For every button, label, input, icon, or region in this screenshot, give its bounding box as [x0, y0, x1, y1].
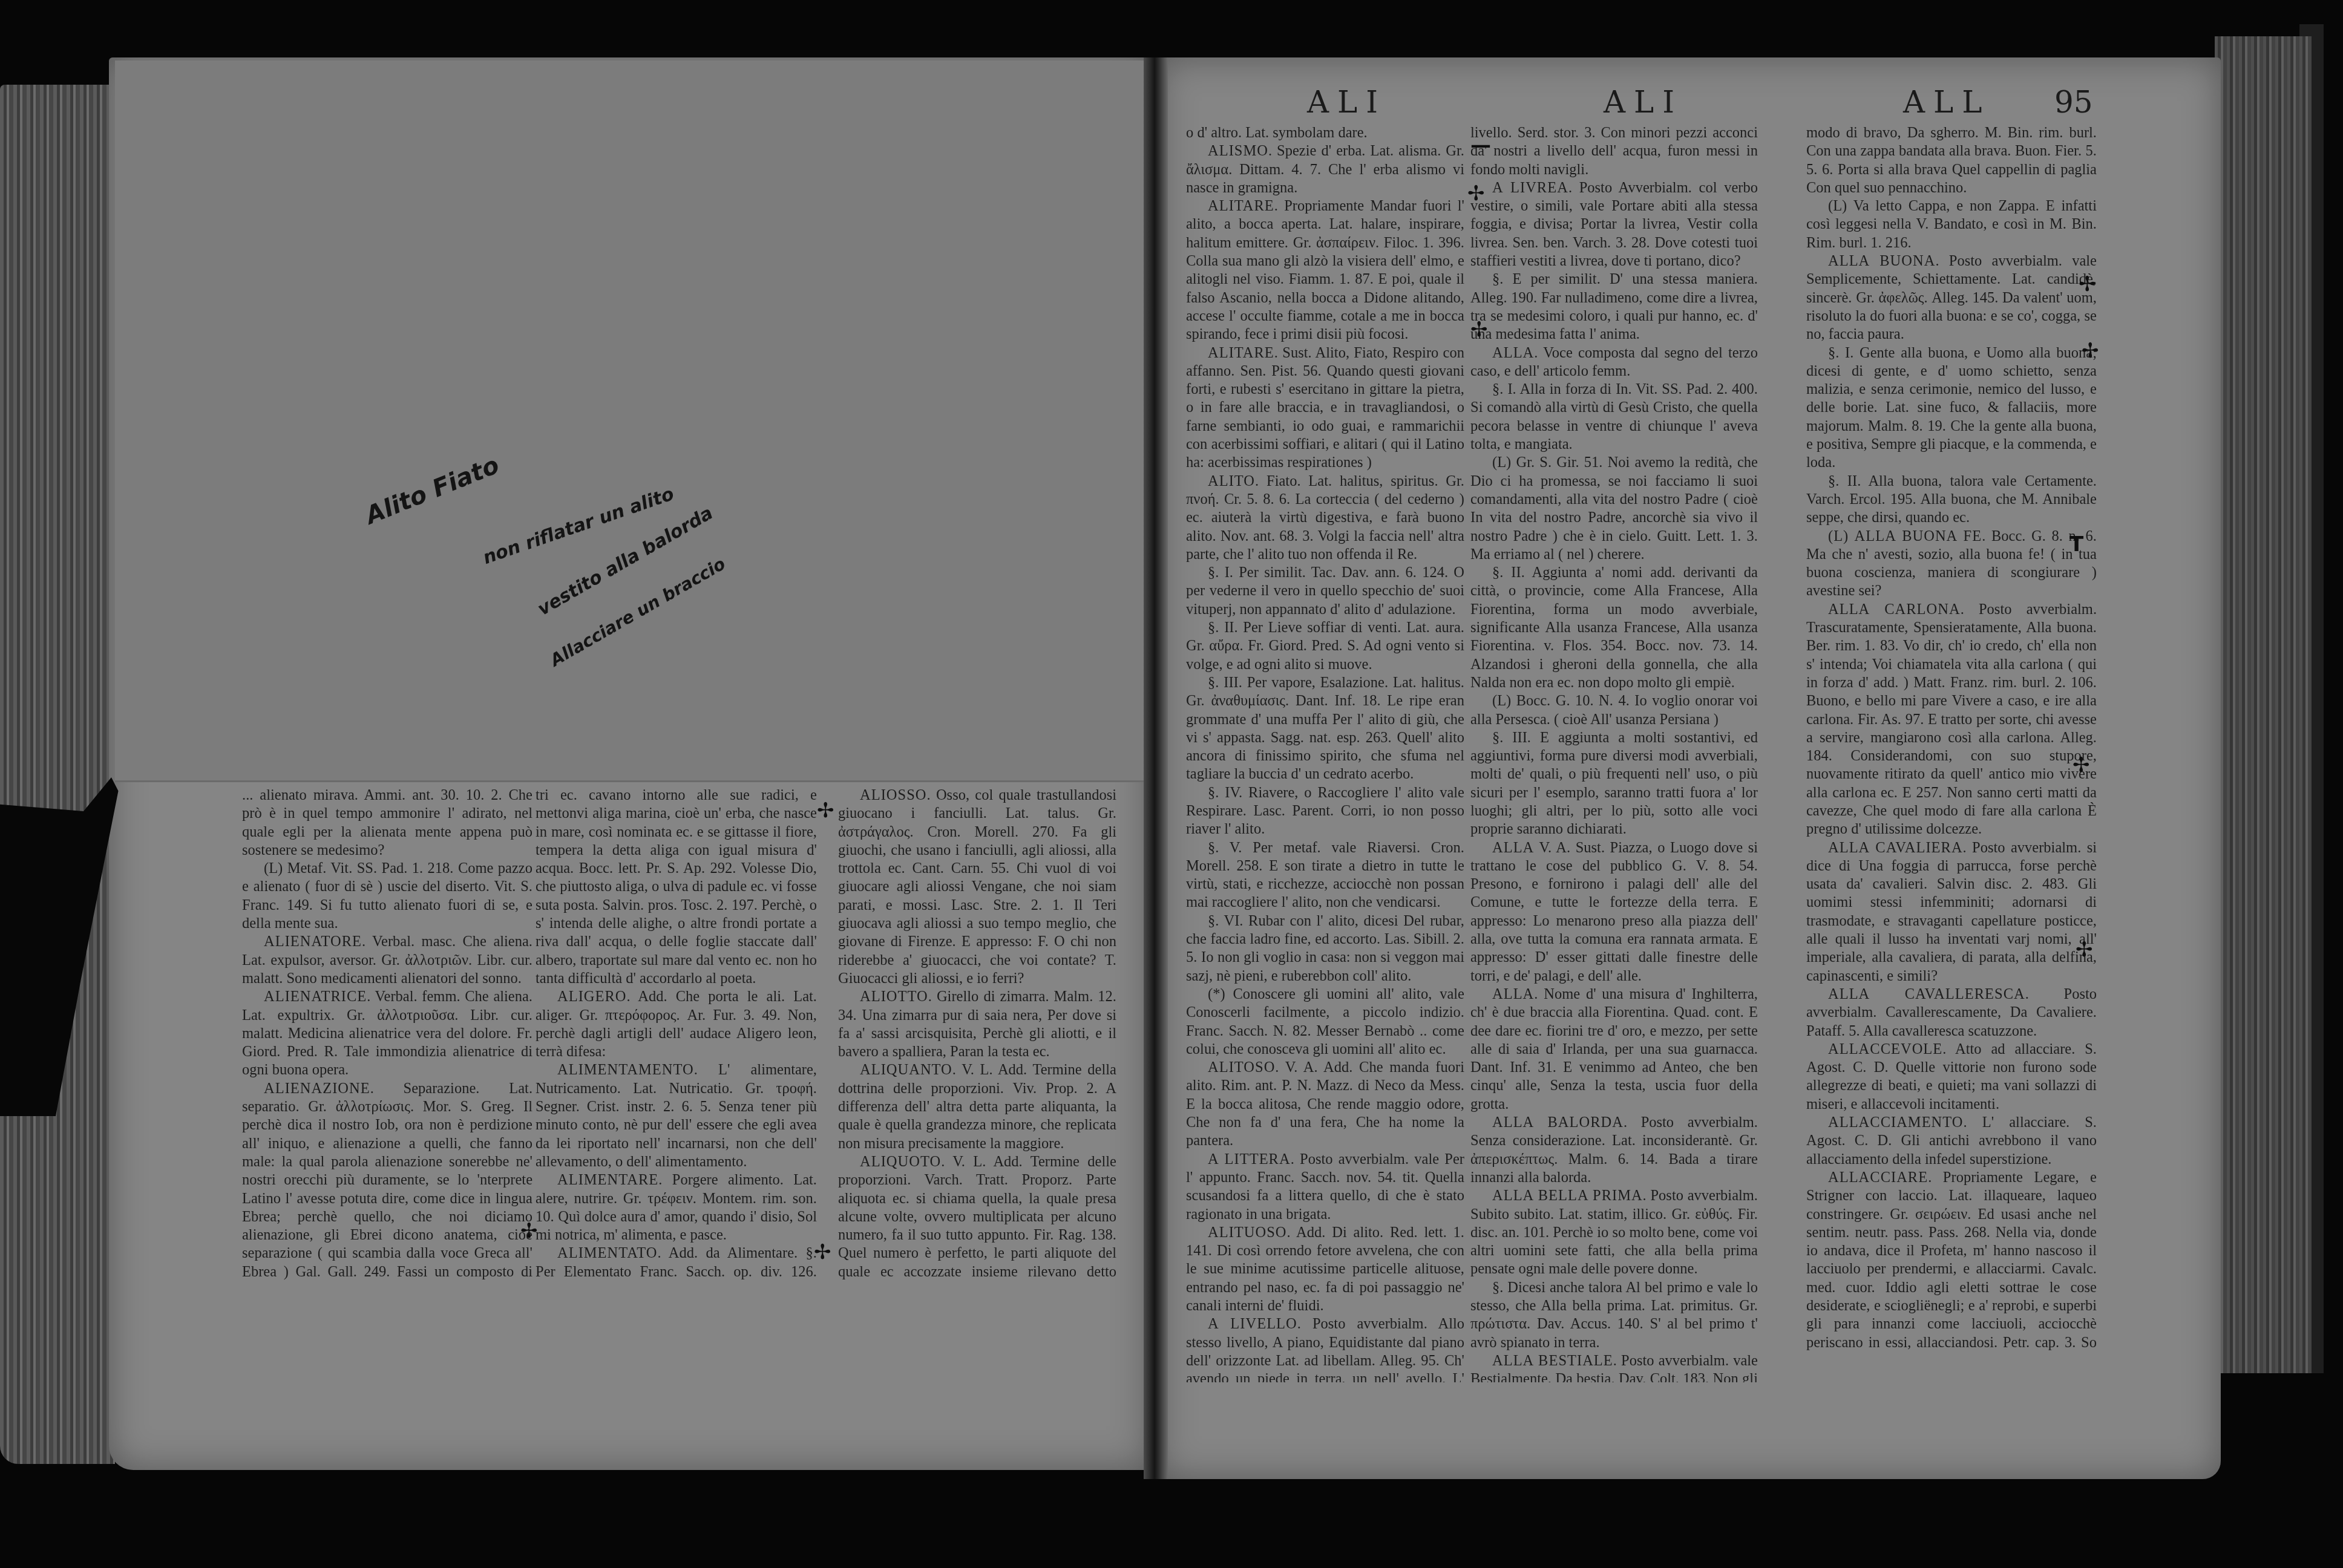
entry-text: modo di bravo, Da sgherro. M. Bin. rim. … — [1806, 125, 2097, 196]
dictionary-entry: §. II. Aggiunta a' nomi add. derivanti d… — [1470, 564, 1758, 692]
dictionary-entry: (L) ALLA BUONA FE. Bocc. G. 8. n. 6. Ma … — [1806, 528, 2097, 601]
entry-text: §. IV. Riavere, o Raccogliere l' alito v… — [1186, 785, 1464, 838]
dictionary-entry: ALIENATORE. Verbal. masc. Che aliena. La… — [242, 933, 532, 988]
entry-headword: ALIQUANTO — [860, 1062, 952, 1078]
entry-text: . Propriamente Legare, e Strigner con la… — [1806, 1169, 2097, 1352]
pen-mark-icon: ✢ — [2076, 938, 2093, 962]
dictionary-entry: ALITARE. Propriamente Mandar fuori l' al… — [1186, 197, 1464, 344]
dictionary-entry: ALITO. Fiato. Lat. halitus, spiritus. Gr… — [1186, 472, 1464, 564]
entry-text: . Osso, col quale trastullandosi giuocan… — [838, 787, 1116, 987]
entry-text: . V. L. Add. Termine delle proporzioni. … — [838, 1154, 1116, 1282]
entry-text: §. E per similit. D' una stessa maniera.… — [1470, 271, 1758, 342]
entry-text: §. VI. Rubar con l' alito, dicesi Del ru… — [1186, 913, 1464, 984]
entry-headword: ALLA CAVALLERESCA — [1828, 986, 2025, 1002]
entry-headword: ALIQUOTO — [860, 1154, 941, 1170]
right-column-2: livello. Serd. stor. 3. Con minori pezzi… — [1470, 124, 1758, 1382]
entry-text: §. II. Aggiunta a' nomi add. derivanti d… — [1470, 564, 1758, 691]
dictionary-entry: (L) Gr. S. Gir. 51. Noi avemo la redità,… — [1470, 454, 1758, 564]
right-column-3: modo di bravo, Da sgherro. M. Bin. rim. … — [1806, 124, 2097, 1352]
entry-headword: ALITARE — [1208, 345, 1274, 361]
entry-text: . Sust. Alito, Fiato, Respiro con affann… — [1186, 345, 1464, 471]
dictionary-entry: ALLA BESTIALE. Posto avverbialm. vale Be… — [1470, 1352, 1758, 1382]
entry-text: ... alienato mirava. Ammi. ant. 30. 10. … — [242, 787, 532, 858]
dictionary-entry: ALLACCIAMENTO. L' allacciare. S. Agost. … — [1806, 1114, 2097, 1169]
entry-headword: ALLACCIARE — [1828, 1169, 1928, 1186]
dictionary-entry: ALLA BUONA. Posto avverbialm. vale Sempl… — [1806, 252, 2097, 344]
running-head: ALL — [1903, 85, 1991, 120]
entry-headword: ALIENAZIONE — [264, 1080, 370, 1097]
entry-headword: ALIMENTATO — [557, 1245, 657, 1261]
entry-headword: ALLA CARLONA — [1828, 601, 1961, 618]
dictionary-entry: §. VI. Rubar con l' alito, dicesi Del ru… — [1186, 912, 1464, 985]
entry-text: (L) Va letto Cappa, e non Zappa. E infat… — [1806, 198, 2097, 251]
entry-headword: ALLA BALORDA — [1492, 1114, 1624, 1131]
entry-headword: ALLA — [1492, 840, 1534, 856]
entry-text: livello. Serd. stor. 3. Con minori pezzi… — [1470, 125, 1758, 178]
dictionary-entry: modo di bravo, Da sgherro. M. Bin. rim. … — [1806, 124, 2097, 197]
dictionary-entry: §. II. Per Lieve soffiar di venti. Lat. … — [1186, 619, 1464, 674]
entry-headword: ALLACCIAMENTO — [1828, 1114, 1964, 1131]
running-head: ALI — [1604, 85, 1683, 120]
page-number: 95 — [2054, 85, 2093, 120]
dictionary-entry: §. E per similit. D' una stessa maniera.… — [1470, 270, 1758, 344]
entry-headword: ALITUOSO — [1208, 1224, 1287, 1241]
running-head: ALI — [1307, 85, 1386, 120]
left-column-1: ... alienato mirava. Ammi. ant. 30. 10. … — [242, 786, 532, 1282]
entry-headword: ALITOSO — [1208, 1059, 1275, 1076]
entry-text: §. III. E aggiunta a molti sostantivi, e… — [1470, 730, 1758, 837]
dictionary-entry: A LIVREA. Posto Avverbialm. col verbo ve… — [1470, 179, 1758, 270]
dictionary-entry: ALIOSSO. Osso, col quale trastullandosi … — [838, 786, 1116, 988]
entry-text: . Nome d' una misura d' Inghilterra, ch'… — [1470, 986, 1758, 1112]
dictionary-entry: §. I. Per similit. Tac. Dav. ann. 6. 124… — [1186, 564, 1464, 619]
entry-text: . Separazione. Lat. separatio. Gr. ἀλλοτ… — [242, 1080, 532, 1282]
entry-headword: A LITTERA — [1208, 1151, 1291, 1168]
entry-headword: ALLA — [1492, 986, 1534, 1002]
entry-text: §. I. Gente alla buona, e Uomo alla buon… — [1806, 345, 2097, 471]
dictionary-entry: ALLA CARLONA. Posto avverbialm. Trascura… — [1806, 601, 2097, 839]
photo-stage: Alito Fiato non riflatar un alito vestit… — [0, 0, 2343, 1568]
dictionary-entry: ALLA BALORDA. Posto avverbialm. Senza co… — [1470, 1114, 1758, 1187]
dictionary-entry: ALISMO. Spezie d' erba. Lat. alisma. Gr.… — [1186, 142, 1464, 197]
entry-headword: ALIENATORE — [264, 933, 362, 950]
dictionary-entry: ALITUOSO. Add. Di alito. Red. lett. 1. 1… — [1186, 1224, 1464, 1315]
dictionary-entry: ALLA CAVALIERA. Posto avverbialm. si dic… — [1806, 839, 2097, 985]
entry-headword: ALIGERO — [557, 988, 627, 1005]
pen-mark-icon: ✢ — [2082, 339, 2099, 363]
entry-text: §. Dicesi anche talora Al bel primo e va… — [1470, 1279, 1758, 1351]
entry-headword: ALIMENTARE — [557, 1172, 658, 1188]
dictionary-entry: A LITTERA. Posto avverbialm. vale Per l'… — [1186, 1151, 1464, 1224]
entry-headword: ALITARE — [1208, 198, 1274, 214]
entry-text: §. II. Alla buona, talora vale Certament… — [1806, 473, 2097, 526]
right-page-edges — [2215, 36, 2312, 1373]
pen-mark-icon: ✢ — [817, 799, 834, 823]
entry-headword: ALLA BELLA PRIMA — [1492, 1187, 1643, 1204]
dictionary-entry: ALLA BELLA PRIMA. Posto avverbialm. Subi… — [1470, 1187, 1758, 1278]
dictionary-entry: §. I. Alla in forza di In. Vit. SS. Pad.… — [1470, 381, 1758, 454]
left-column-2: tri ec. cavano intorno alle sue radici, … — [536, 786, 817, 1282]
dictionary-entry: o d' altro. Lat. symbolam dare. — [1186, 124, 1464, 142]
dictionary-entry: ALIQUOTO. V. L. Add. Termine delle propo… — [838, 1153, 1116, 1282]
dictionary-entry: ALLA. Voce composta dal segno del terzo … — [1470, 344, 1758, 381]
left-column-3: ALIOSSO. Osso, col quale trastullandosi … — [838, 786, 1116, 1282]
entry-text: V. A. Sust. Piazza, o Luogo dove si trat… — [1470, 840, 1758, 984]
pasted-blank-slip — [115, 60, 1144, 782]
dictionary-entry: ALIMENTARE. Porgere alimento. Lat. alere… — [536, 1171, 817, 1244]
dictionary-entry: ALLA CAVALLERESCA. Posto avverbialm. Cav… — [1806, 985, 2097, 1040]
pen-mark-icon: ✢ — [1467, 181, 1485, 206]
entry-text: . Propriamente Mandar fuori l' alito, a … — [1186, 198, 1464, 342]
book-gutter — [1144, 57, 1168, 1479]
entry-headword: ALIMENTAMENTO — [557, 1062, 694, 1078]
entry-headword: ALLA BESTIALE — [1492, 1353, 1613, 1369]
dictionary-entry: ALIOTTO. Girello di zimarra. Malm. 12. 3… — [838, 988, 1116, 1061]
dictionary-entry: (L) Metaf. Vit. SS. Pad. 1. 218. Come pa… — [242, 860, 532, 933]
entry-headword: ALLA — [1492, 345, 1534, 361]
entry-headword: ALIOTTO — [860, 988, 928, 1005]
entry-headword: ALLA BUONA — [1828, 253, 1935, 269]
entry-text: . Posto avverbialm. Trascuratamente, Spe… — [1806, 601, 2097, 838]
entry-text: (L) Gr. S. Gir. 51. Noi avemo la redità,… — [1470, 454, 1758, 562]
dictionary-entry: ALITOSO. V. A. Add. Che manda fuori alit… — [1186, 1059, 1464, 1150]
entry-text: §. II. Per Lieve soffiar di venti. Lat. … — [1186, 619, 1464, 673]
entry-text: . Posto avverbialm. si dice di Una foggi… — [1806, 840, 2097, 984]
dictionary-entry: ALIQUANTO. V. L. Add. Termine della dott… — [838, 1061, 1116, 1152]
dictionary-entry: (L) Va letto Cappa, e non Zappa. E infat… — [1806, 197, 2097, 252]
dictionary-entry: §. V. Per metaf. vale Riaversi. Cron. Mo… — [1186, 839, 1464, 912]
entry-text: §. I. Alla in forza di In. Vit. SS. Pad.… — [1470, 381, 1758, 452]
dictionary-entry: §. IV. Riavere, o Raccogliere l' alito v… — [1186, 784, 1464, 839]
pen-mark-icon: ✢ — [2079, 272, 2096, 296]
dictionary-entry: livello. Serd. stor. 3. Con minori pezzi… — [1470, 124, 1758, 179]
pen-mark-icon: ✢ — [2073, 753, 2090, 777]
dictionary-entry: ALIGERO. Add. Che porta le ali. Lat. ali… — [536, 988, 817, 1061]
entry-text: (L) Metaf. Vit. SS. Pad. 1. 218. Come pa… — [242, 860, 532, 932]
dictionary-entry: §. II. Alla buona, talora vale Certament… — [1806, 472, 2097, 528]
entry-headword: ALIENATRICE — [264, 988, 367, 1005]
dictionary-entry: §. I. Gente alla buona, e Uomo alla buon… — [1806, 344, 2097, 472]
dictionary-entry: ALIENATRICE. Verbal. femm. Che aliena. L… — [242, 988, 532, 1079]
entry-headword: A LIVREA — [1492, 180, 1568, 196]
dictionary-entry: (L) Bocc. G. 10. N. 4. Io voglio onorar … — [1470, 692, 1758, 729]
entry-headword: ALLA CAVALIERA — [1828, 840, 1963, 856]
entry-text: o d' altro. Lat. symbolam dare. — [1186, 125, 1368, 141]
entry-text: §. V. Per metaf. vale Riaversi. Cron. Mo… — [1186, 840, 1464, 911]
pen-mark-icon: ✢ — [814, 1240, 831, 1264]
dictionary-entry: ALLA V. A. Sust. Piazza, o Luogo dove si… — [1470, 839, 1758, 985]
pen-mark-icon: ✢ — [520, 1219, 538, 1243]
entry-headword: ALISMO — [1208, 143, 1268, 159]
entry-text: (*) Conoscere gli uomini all' alito, val… — [1186, 986, 1464, 1057]
entry-text: §. III. Per vapore, Esalazione. Lat. hal… — [1186, 675, 1464, 782]
dictionary-entry: ALIENAZIONE. Separazione. Lat. separatio… — [242, 1080, 532, 1282]
pen-mark-icon: T — [2069, 532, 2083, 557]
dictionary-entry: ALLA. Nome d' una misura d' Inghilterra,… — [1470, 985, 1758, 1114]
entry-headword: (L) ALLA BUONA FE — [1828, 528, 1982, 544]
dictionary-entry: ALLACCIARE. Propriamente Legare, e Strig… — [1806, 1169, 2097, 1352]
entry-text: (L) Bocc. G. 10. N. 4. Io voglio onorar … — [1470, 693, 1758, 727]
dictionary-entry: A LIVELLO. Posto avverbialm. Allo stesso… — [1186, 1315, 1464, 1382]
dictionary-entry: (*) Conoscere gli uomini all' alito, val… — [1186, 985, 1464, 1059]
entry-headword: A LIVELLO — [1208, 1316, 1297, 1332]
pen-mark-icon: — — [1470, 133, 1491, 157]
dictionary-entry: tri ec. cavano intorno alle sue radici, … — [536, 786, 817, 988]
dictionary-entry: §. III. Per vapore, Esalazione. Lat. hal… — [1186, 674, 1464, 784]
dictionary-entry: §. III. E aggiunta a molti sostantivi, e… — [1470, 729, 1758, 839]
entry-headword: ALLACCEVOLE — [1828, 1041, 1942, 1057]
left-page-edges — [0, 85, 115, 1464]
entry-headword: ALITO — [1208, 473, 1255, 489]
dictionary-entry: §. Dicesi anche talora Al bel primo e va… — [1470, 1279, 1758, 1352]
right-column-1: o d' altro. Lat. symbolam dare.ALISMO. S… — [1186, 124, 1464, 1382]
entry-text: tri ec. cavano intorno alle sue radici, … — [536, 787, 817, 987]
pen-mark-icon: ✢ — [1470, 318, 1488, 342]
entry-text: §. I. Per similit. Tac. Dav. ann. 6. 124… — [1186, 564, 1464, 618]
dictionary-entry: ... alienato mirava. Ammi. ant. 30. 10. … — [242, 786, 532, 860]
entry-headword: ALIOSSO — [860, 787, 926, 803]
dictionary-entry: ALIMENTATO. Add. da Alimentare. §. Per E… — [536, 1244, 817, 1282]
dictionary-entry: ALITARE. Sust. Alito, Fiato, Respiro con… — [1186, 344, 1464, 472]
dictionary-entry: ALIMENTAMENTO. L' alimentare, Nutricamen… — [536, 1061, 817, 1171]
dictionary-entry: ALLACCEVOLE. Atto ad allacciare. S. Agos… — [1806, 1040, 2097, 1114]
